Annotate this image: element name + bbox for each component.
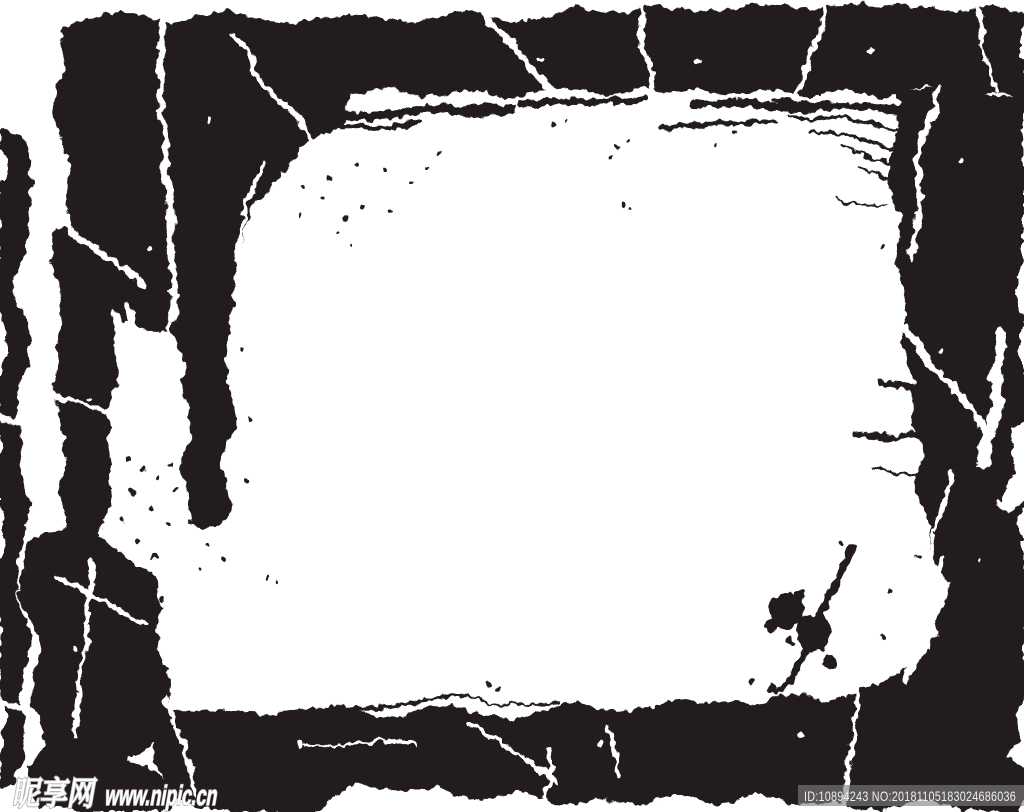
ink-crack bbox=[132, 310, 150, 555]
watermark-site-name: 昵享网 bbox=[11, 775, 100, 812]
splatter-dot bbox=[749, 680, 755, 686]
grunge-frame-graphic: 昵享网 www.nipic.cn ID:10894243 NO:20181105… bbox=[0, 0, 1024, 812]
watermark-id-bar: ID:10894243 NO:20181105183024686036 bbox=[798, 785, 1024, 806]
scratch-line bbox=[470, 694, 560, 701]
stock-image-canvas: 昵享网 www.nipic.cn ID:10894243 NO:20181105… bbox=[0, 0, 1024, 812]
splatter-streak bbox=[778, 682, 788, 692]
splatter-streak bbox=[838, 546, 853, 578]
splatter-blob bbox=[786, 637, 794, 645]
splatter-blob bbox=[765, 618, 779, 632]
splatter-blob bbox=[796, 613, 832, 652]
ink-streak bbox=[872, 470, 930, 478]
left-edge-strip bbox=[0, 130, 30, 792]
ink-streak bbox=[345, 107, 510, 114]
splatter-streak bbox=[790, 652, 806, 680]
splatter-blob bbox=[823, 655, 837, 669]
splatter-dot bbox=[839, 541, 844, 546]
hatch-streak bbox=[838, 195, 888, 205]
bottom-left-corner-blob bbox=[24, 528, 180, 812]
ink-splatter bbox=[749, 541, 892, 695]
bottom-ink-band bbox=[150, 500, 1024, 812]
splatter-dot bbox=[886, 589, 892, 595]
splatter-dot bbox=[767, 684, 777, 694]
watermark-site: 昵享网 www.nipic.cn bbox=[11, 775, 222, 812]
splatter-streak bbox=[820, 582, 836, 614]
id-bar-text: ID:10894243 NO:20181105183024686036 bbox=[804, 788, 1016, 804]
splatter-blob bbox=[793, 590, 805, 602]
ink-streak bbox=[520, 99, 645, 103]
grunge-ink-frame bbox=[0, 0, 1024, 812]
ink-streak bbox=[662, 122, 775, 126]
watermark-site-url: www.nipic.cn bbox=[102, 779, 220, 811]
hatch-streak bbox=[805, 131, 910, 148]
splatter-dot bbox=[880, 635, 885, 640]
